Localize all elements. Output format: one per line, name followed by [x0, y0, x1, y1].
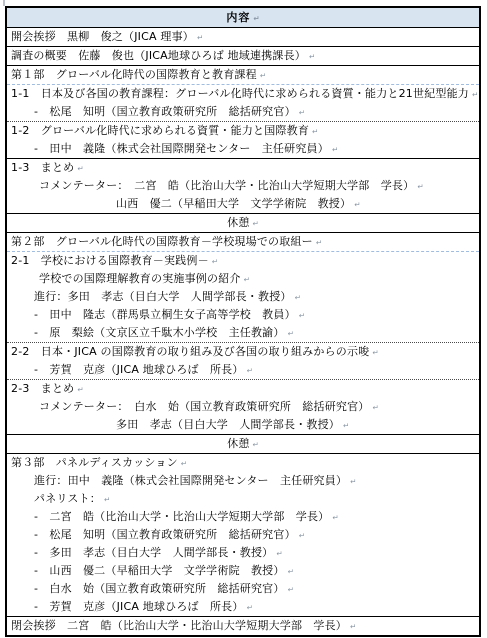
table-row: 閉会挨拶 二宮 皓（比治山大学・比治山大学短期大学部 学長）↵: [7, 616, 479, 635]
line-text: 1-2 グローバル化時代に求められる資質・能力と国際教育: [11, 124, 309, 137]
eol-mark-icon: ↵: [373, 403, 379, 412]
agenda-line: 学校での国際理解教育の実施事例の紹介↵: [7, 270, 479, 288]
line-text: 多田 孝志（目白大学 人間学部長・教授）: [116, 418, 340, 431]
line-text: - 芳賀 克彦（JICA 地球ひろば 所長）: [34, 600, 244, 613]
line-text: 1-3 まとめ: [11, 161, 74, 174]
agenda-line: - 芳賀 克彦（JICA 地球ひろば 所長）↵: [7, 598, 479, 616]
line-text: - 田中 義隆（株式会社国際開発センター 主任研究員）: [34, 142, 329, 155]
agenda-line: 1-2 グローバル化時代に求められる資質・能力と国際教育↵: [7, 122, 479, 140]
agenda-line: - 田中 義隆（株式会社国際開発センター 主任研究員）↵: [7, 140, 479, 158]
agenda-line: - 原 梨絵（文京区立千駄木小学校 主任教諭）↵: [7, 324, 479, 342]
agenda-line: - 田中 隆志（群馬県立桐生女子高等学校 教員）↵: [7, 306, 479, 324]
eol-mark-icon: ↵: [316, 238, 322, 247]
table-row: 1-3 まとめ↵コメンテーター： 二宮 皓（比治山大学・比治山大学短期大学部 学…: [7, 158, 479, 213]
table-row: 2-3 まとめ↵コメンテーター： 白水 始（国立教育政策研究所 総括研究官）↵多…: [7, 379, 479, 434]
agenda-line: 休憩↵: [7, 435, 479, 453]
agenda-line: 休憩↵: [7, 214, 479, 232]
agenda-line: 第２部 グローバル化時代の国際教育－学校現場での取組ー↵: [7, 233, 479, 251]
agenda-line: - 白水 始（国立教育政策研究所 総括研究官）↵: [7, 580, 479, 598]
line-text: - 芳賀 克彦（JICA 地球ひろば 所長）: [34, 363, 244, 376]
eol-mark-icon: ↵: [350, 477, 356, 486]
line-text: 2-1 学校における国際教育－実践例－: [11, 254, 209, 267]
line-text: 山西 優二（早稲田大学 文学学術院 教授）: [116, 197, 351, 210]
agenda-line: 1-1 日本及び各国の教育課程：グローバル化時代に求められる資質・能力と21世紀…: [7, 85, 479, 103]
eol-mark-icon: ↵: [181, 459, 187, 468]
line-text: 第３部 パネルディスカッション: [11, 456, 178, 469]
agenda-line: - 松尾 知明（国立教育政策研究所 総括研究官）↵: [7, 103, 479, 121]
table-row: 1-1 日本及び各国の教育課程：グローバル化時代に求められる資質・能力と21世紀…: [7, 84, 479, 121]
line-text: 学校での国際理解教育の実施事例の紹介: [39, 272, 241, 285]
content-table: 内容↵ 開会挨拶 黒柳 俊之（JICA 理事）↵調査の概要 佐藤 俊也（JICA…: [5, 6, 481, 637]
agenda-line: 第１部 グローバル化時代の国際教育と教育課程↵: [7, 66, 479, 84]
line-text: 2-2 日本・JICA の国際教育の取り組み及び各国の取り組みからの示唆: [11, 345, 369, 358]
line-text: - 二宮 皓（比治山大学・比治山大学短期大学部 学長）: [34, 510, 329, 523]
eol-mark-icon: ↵: [288, 585, 294, 594]
agenda-line: 2-3 まとめ↵: [7, 380, 479, 398]
line-text: コメンテーター： 白水 始（国立教育政策研究所 総括研究官）: [39, 400, 370, 413]
agenda-line: 開会挨拶 黒柳 俊之（JICA 理事）↵: [7, 28, 479, 46]
agenda-line: 進行：多田 孝志（目白大学 人間学部長・教授）↵: [7, 288, 479, 306]
agenda-line: 2-2 日本・JICA の国際教育の取り組み及び各国の取り組みからの示唆↵: [7, 343, 479, 361]
table-row: 開会挨拶 黒柳 俊之（JICA 理事）↵: [7, 27, 479, 46]
eol-mark-icon: ↵: [417, 182, 423, 191]
eol-mark-icon: ↵: [253, 440, 259, 449]
eol-mark-icon: ↵: [104, 495, 110, 504]
line-text: 第１部 グローバル化時代の国際教育と教育課程: [11, 68, 257, 81]
agenda-line: 2-1 学校における国際教育－実践例－↵: [7, 252, 479, 270]
eol-mark-icon: ↵: [350, 622, 356, 631]
agenda-line: 山西 優二（早稲田大学 文学学術院 教授）↵: [7, 195, 479, 213]
line-text: 休憩: [227, 216, 249, 229]
line-text: 進行：田中 義隆（株式会社国際開発センター 主任研究員）: [34, 474, 347, 487]
agenda-line: パネリスト：↵: [7, 490, 479, 508]
agenda-line: - 二宮 皓（比治山大学・比治山大学短期大学部 学長）↵: [7, 508, 479, 526]
line-text: - 白水 始（国立教育政策研究所 総括研究官）: [34, 582, 285, 595]
eol-mark-icon: ↵: [299, 531, 305, 540]
table-row: 第１部 グローバル化時代の国際教育と教育課程↵: [7, 65, 479, 84]
agenda-line: 1-3 まとめ↵: [7, 159, 479, 177]
agenda-line: 第３部 パネルディスカッション↵: [7, 454, 479, 472]
line-text: 2-3 まとめ: [11, 382, 74, 395]
line-text: 休憩: [227, 437, 249, 450]
line-text: - 松尾 知明（国立教育政策研究所 総括研究官）: [34, 528, 296, 541]
line-text: 閉会挨拶 二宮 皓（比治山大学・比治山大学短期大学部 学長）: [11, 619, 347, 632]
line-text: コメンテーター： 二宮 皓（比治山大学・比治山大学短期大学部 学長）: [39, 179, 414, 192]
eol-mark-icon: ↵: [295, 293, 301, 302]
agenda-line: - 山西 優二（早稲田大学 文学学術院 教授）↵: [7, 562, 479, 580]
eol-mark-icon: ↵: [197, 33, 203, 42]
agenda-line: コメンテーター： 白水 始（国立教育政策研究所 総括研究官）↵: [7, 398, 479, 416]
table-row: 休憩↵: [7, 434, 479, 453]
agenda-line: - 松尾 知明（国立教育政策研究所 総括研究官）↵: [7, 526, 479, 544]
line-text: 1-1 日本及び各国の教育課程：グローバル化時代に求められる資質・能力と21世紀…: [11, 87, 469, 100]
eol-mark-icon: ↵: [288, 567, 294, 576]
eol-mark-icon: ↵: [312, 127, 318, 136]
table-row: 休憩↵: [7, 213, 479, 232]
table-header-label: 内容: [226, 11, 250, 24]
table-body: 開会挨拶 黒柳 俊之（JICA 理事）↵調査の概要 佐藤 俊也（JICA地球ひろ…: [7, 27, 479, 635]
agenda-line: 進行：田中 義隆（株式会社国際開発センター 主任研究員）↵: [7, 472, 479, 490]
line-text: - 山西 優二（早稲田大学 文学学術院 教授）: [34, 564, 285, 577]
eol-mark-icon: ↵: [276, 549, 282, 558]
line-text: 開会挨拶 黒柳 俊之（JICA 理事）: [11, 30, 194, 43]
eol-mark-icon: ↵: [253, 219, 259, 228]
agenda-line: 調査の概要 佐藤 俊也（JICA地球ひろば 地域連携課長）↵: [7, 47, 479, 65]
eol-mark-icon: ↵: [372, 348, 378, 357]
eol-mark-icon: ↵: [332, 145, 338, 154]
table-row: 1-2 グローバル化時代に求められる資質・能力と国際教育↵- 田中 義隆（株式会…: [7, 121, 479, 158]
line-text: パネリスト：: [34, 492, 101, 505]
agenda-line: - 多田 孝志（目白大学 人間学部長・教授）↵: [7, 544, 479, 562]
eol-mark-icon: ↵: [309, 52, 315, 61]
table-header-row: 内容↵: [7, 8, 479, 27]
agenda-line: コメンテーター： 二宮 皓（比治山大学・比治山大学短期大学部 学長）↵: [7, 177, 479, 195]
line-text: - 多田 孝志（目白大学 人間学部長・教授）: [34, 546, 273, 559]
table-row: 2-2 日本・JICA の国際教育の取り組み及び各国の取り組みからの示唆↵- 芳…: [7, 342, 479, 379]
eol-mark-icon: ↵: [247, 603, 253, 612]
eol-mark-icon: ↵: [244, 275, 250, 284]
line-text: 第２部 グローバル化時代の国際教育－学校現場での取組ー: [11, 235, 313, 248]
agenda-line: - 芳賀 克彦（JICA 地球ひろば 所長）↵: [7, 361, 479, 379]
line-text: 進行：多田 孝志（目白大学 人間学部長・教授）: [34, 290, 292, 303]
table-row: 第２部 グローバル化時代の国際教育－学校現場での取組ー↵: [7, 232, 479, 251]
eol-mark-icon: ↵: [299, 311, 305, 320]
line-text: - 田中 隆志（群馬県立桐生女子高等学校 教員）: [34, 308, 296, 321]
line-text: - 原 梨絵（文京区立千駄木小学校 主任教諭）: [34, 326, 285, 339]
eol-mark-icon: ↵: [332, 513, 338, 522]
eol-mark-icon: ↵: [260, 71, 266, 80]
table-row: 第３部 パネルディスカッション↵進行：田中 義隆（株式会社国際開発センター 主任…: [7, 453, 479, 616]
line-text: 調査の概要 佐藤 俊也（JICA地球ひろば 地域連携課長）: [11, 49, 306, 62]
table-row: 2-1 学校における国際教育－実践例－↵学校での国際理解教育の実施事例の紹介↵進…: [7, 251, 479, 342]
eol-mark-icon: ↵: [288, 329, 294, 338]
eol-mark-icon: ↵: [472, 90, 478, 99]
eol-mark-icon: ↵: [343, 421, 349, 430]
eol-mark-icon: ↵: [253, 14, 259, 23]
line-text: - 松尾 知明（国立教育政策研究所 総括研究官）: [34, 105, 296, 118]
agenda-line: 多田 孝志（目白大学 人間学部長・教授）↵: [7, 416, 479, 434]
eol-mark-icon: ↵: [77, 164, 83, 173]
eol-mark-icon: ↵: [299, 108, 305, 117]
table-row: 調査の概要 佐藤 俊也（JICA地球ひろば 地域連携課長）↵: [7, 46, 479, 65]
eol-mark-icon: ↵: [77, 385, 83, 394]
eol-mark-icon: ↵: [247, 366, 253, 375]
eol-mark-icon: ↵: [212, 257, 218, 266]
agenda-line: 閉会挨拶 二宮 皓（比治山大学・比治山大学短期大学部 学長）↵: [7, 617, 479, 635]
eol-mark-icon: ↵: [354, 200, 360, 209]
